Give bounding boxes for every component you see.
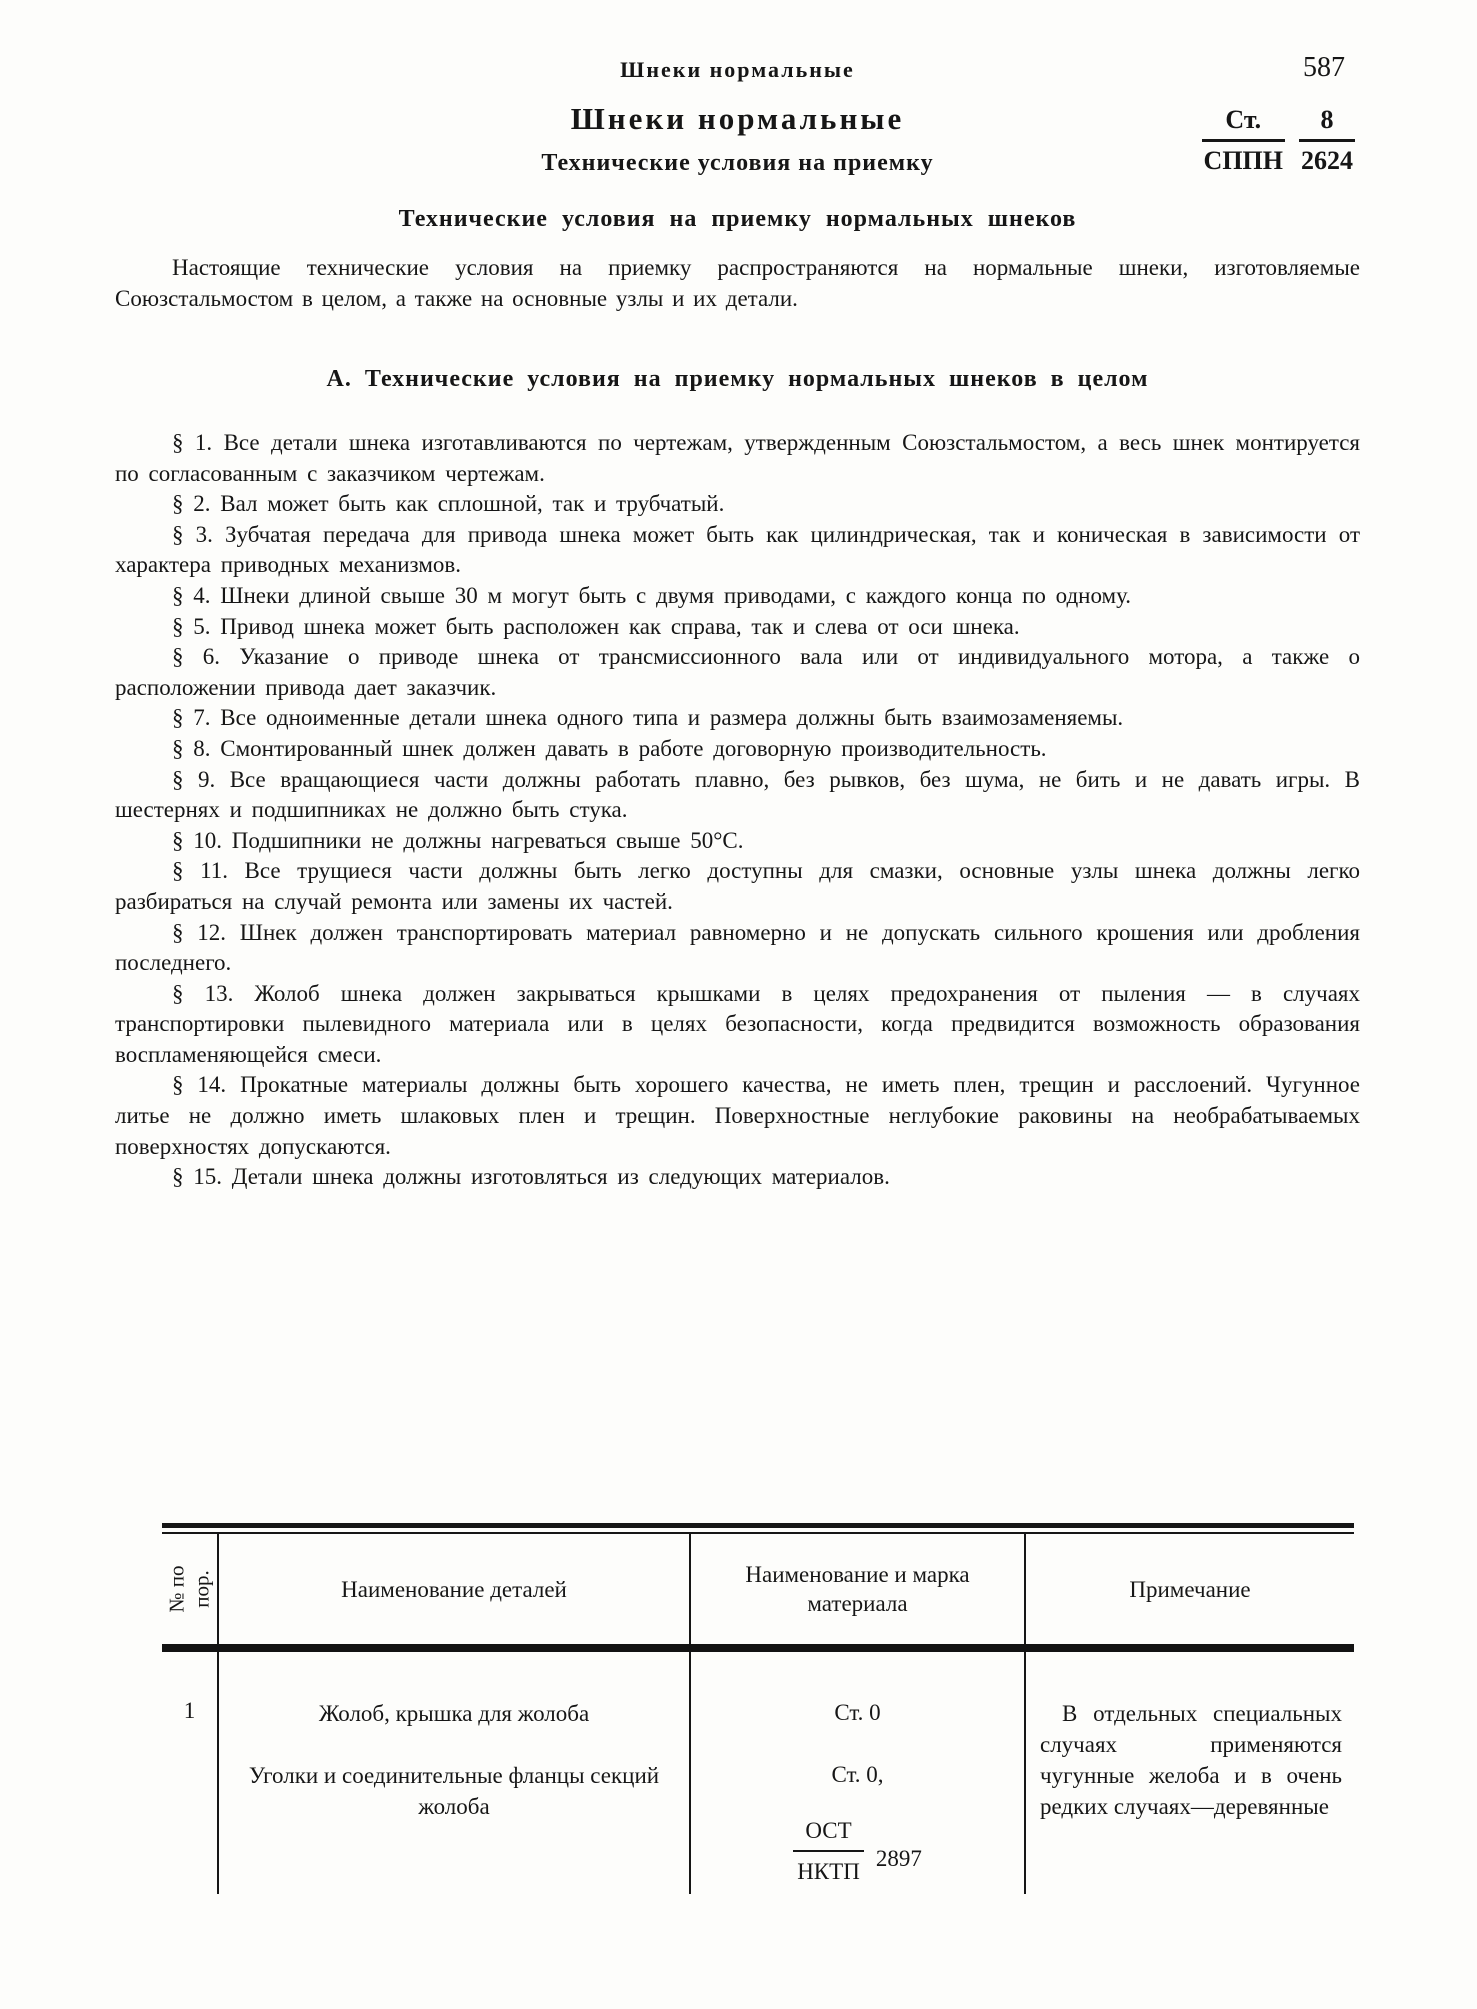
table-top-double-rule: [162, 1523, 1354, 1534]
table-header-material: Наименование и марка материала: [691, 1534, 1026, 1644]
clauses-block: § 1. Все детали шнека изготавливаются по…: [115, 428, 1360, 1193]
clause-9: § 9. Все вращающиеся части должны работа…: [115, 765, 1360, 826]
stamp-code-fraction: Ст. СППН: [1202, 105, 1285, 176]
stamp-number-top: 8: [1299, 105, 1355, 139]
stamp-number-bottom: 2624: [1299, 139, 1355, 176]
clause-2: § 2. Вал может быть как сплошной, так и …: [115, 489, 1360, 520]
table-header-note: Примечание: [1026, 1534, 1354, 1644]
clause-4: § 4. Шнеки длиной свыше 30 м могут быть …: [115, 581, 1360, 612]
table-header-details: Наименование деталей: [219, 1534, 691, 1644]
clause-7: § 7. Все одноименные детали шнека одного…: [115, 703, 1360, 734]
stamp-code-bottom: СППН: [1202, 139, 1285, 176]
ost-label: ОСТ: [793, 1816, 864, 1850]
standard-number: 2897: [876, 1844, 922, 1874]
clause-3: § 3. Зубчатая передача для привода шнека…: [115, 520, 1360, 581]
intro-paragraph: Настоящие технические условия на приемку…: [115, 252, 1360, 314]
stamp-number-fraction: 8 2624: [1299, 105, 1355, 176]
page-number: 587: [1303, 52, 1345, 84]
table-row: 1 Жолоб, крышка для жолоба Уголки и соед…: [162, 1652, 1354, 1894]
stamp-code-top: Ст.: [1202, 105, 1285, 139]
table-header-num: № по пор.: [162, 1534, 219, 1644]
table-header-row: № по пор. Наименование деталей Наименова…: [162, 1534, 1354, 1644]
nktp-label: НКТП: [793, 1850, 864, 1887]
material-grade-1: Ст. 0: [691, 1698, 1024, 1728]
row-note-cell: В отдельных специальных случаях применяю…: [1026, 1652, 1354, 1894]
clause-14: § 14. Прокатные материалы должны быть хо…: [115, 1070, 1360, 1162]
table-header-thick-rule: [162, 1644, 1354, 1652]
running-header: Шнеки нормальные: [115, 57, 1360, 83]
material-grade-2: Ст. 0,: [691, 1760, 1024, 1790]
clause-6: § 6. Указание о приводе шнека от трансми…: [115, 642, 1360, 703]
scanned-document-page: Шнеки нормальные 587 Шнеки нормальные Те…: [0, 0, 1477, 2009]
clause-13: § 13. Жолоб шнека должен закрываться кры…: [115, 979, 1360, 1071]
row-material-cell: Ст. 0 Ст. 0, ОСТ НКТП 2897: [691, 1652, 1026, 1894]
clause-15: § 15. Детали шнека должны изготовляться …: [115, 1162, 1360, 1193]
section-heading: Технические условия на приемку нормальны…: [115, 206, 1360, 233]
document-subtitle: Технические условия на приемку: [115, 150, 1360, 177]
clause-10: § 10. Подшипники не должны нагреваться с…: [115, 826, 1360, 857]
table-header-material-label: Наименование и марка материала: [738, 1560, 978, 1618]
clause-11: § 11. Все трущиеся части должны быть лег…: [115, 856, 1360, 917]
row-details-cell: Жолоб, крышка для жолоба Уголки и соедин…: [219, 1652, 691, 1894]
materials-table: № по пор. Наименование деталей Наименова…: [162, 1523, 1354, 1894]
standard-stamp: Ст. СППН 8 2624: [1202, 105, 1355, 176]
details-item-2: Уголки и соединительные фланцы секций жо…: [219, 1760, 689, 1822]
details-item-1: Жолоб, крышка для жолоба: [219, 1698, 689, 1729]
row-number-cell: 1: [162, 1652, 219, 1894]
clause-5: § 5. Привод шнека может быть расположен …: [115, 612, 1360, 643]
document-title: Шнеки нормальные: [115, 101, 1360, 137]
clause-8: § 8. Смонтированный шнек должен давать в…: [115, 734, 1360, 765]
ost-nktp-fraction: ОСТ НКТП: [793, 1816, 864, 1887]
subsection-a-heading: А. Технические условия на приемку нормал…: [115, 366, 1360, 393]
table-header-num-label: № по пор.: [165, 1562, 215, 1617]
clause-12: § 12. Шнек должен транспортировать матер…: [115, 918, 1360, 979]
material-standard-fraction: ОСТ НКТП 2897: [793, 1816, 922, 1887]
clause-1: § 1. Все детали шнека изготавливаются по…: [115, 428, 1360, 489]
